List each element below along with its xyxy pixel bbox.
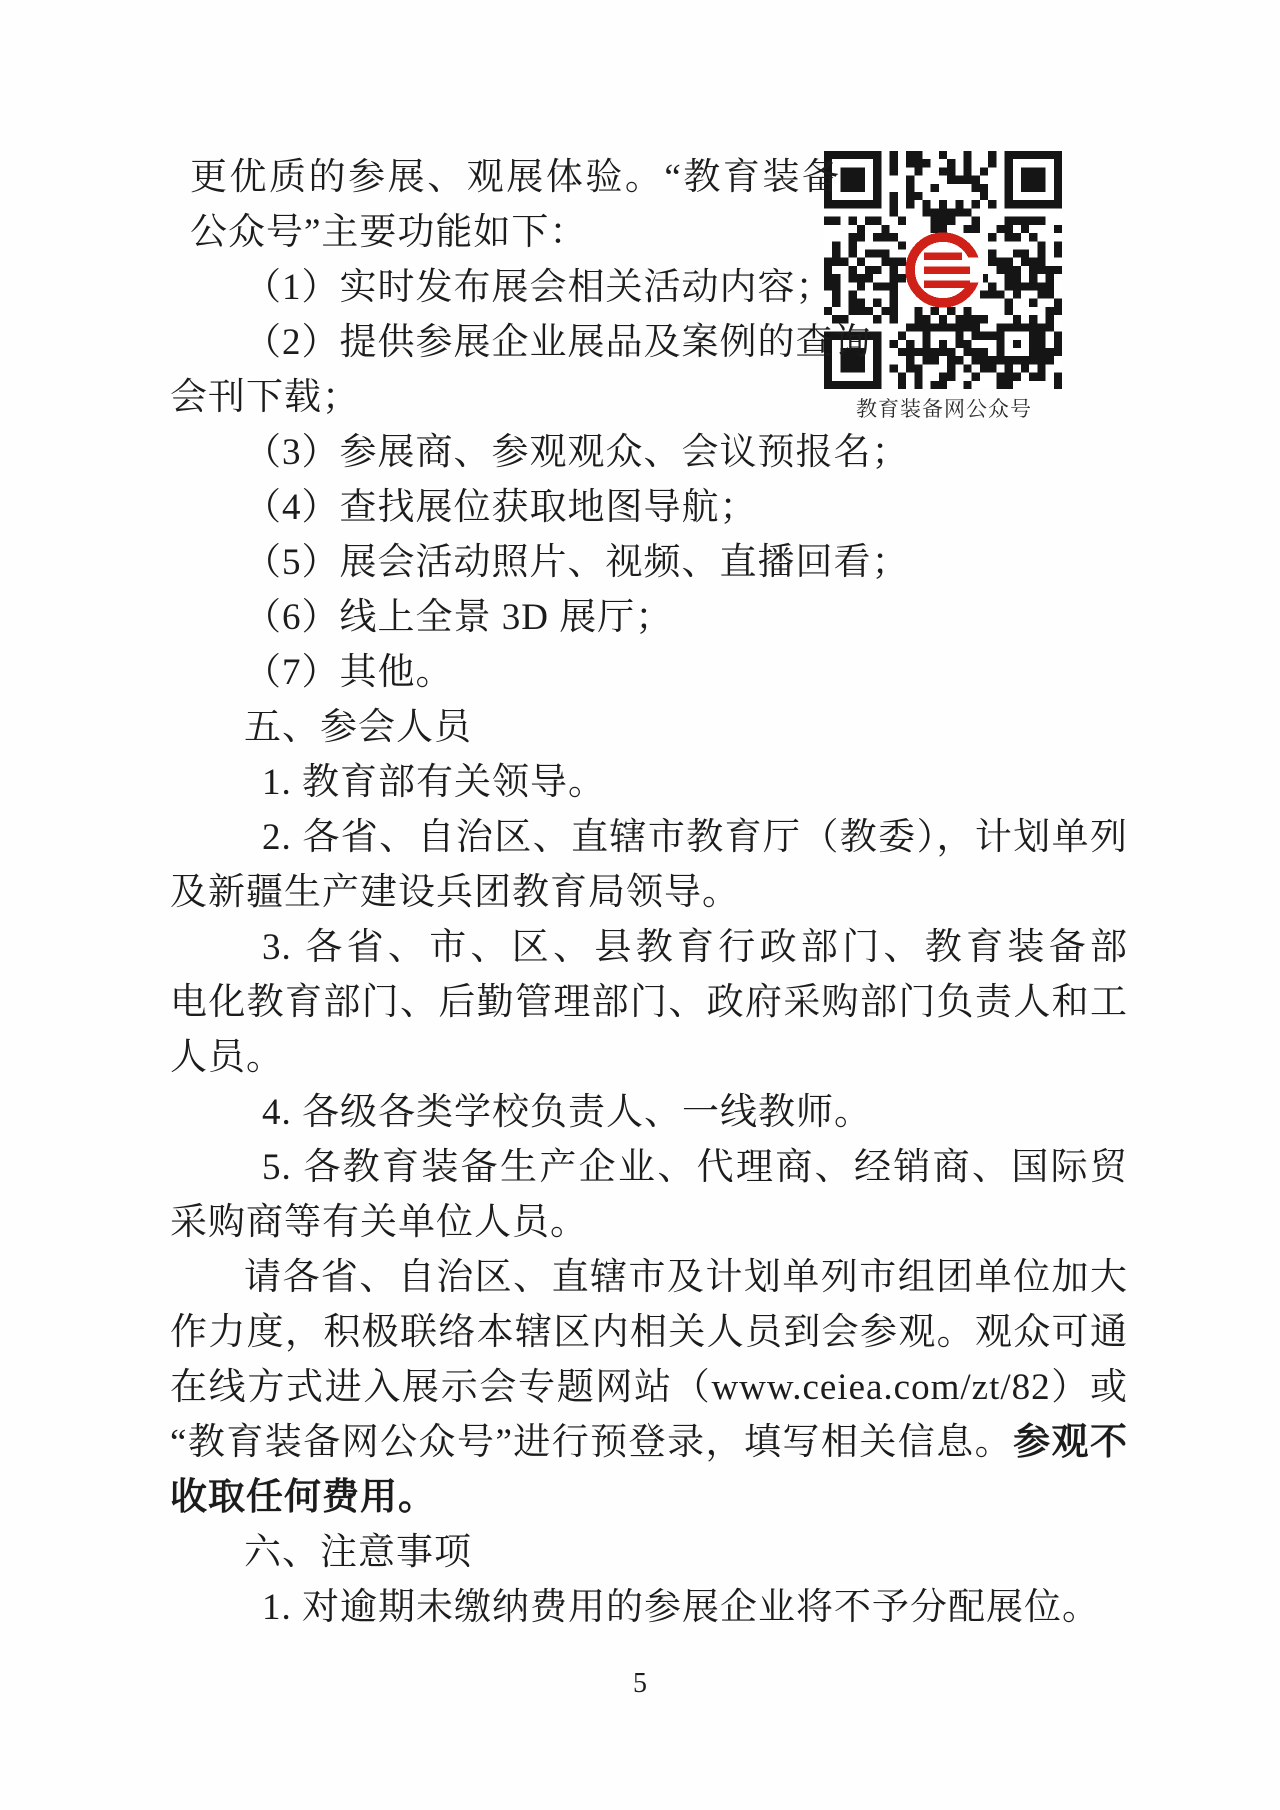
document-page: 教育装备网公众号 更优质的参展、观展体验。“教育装备网 公众号”主要功能如下： … xyxy=(0,0,1280,1810)
text-line: 电化教育部门、后勤管理部门、政府采购部门负责人和工作 xyxy=(170,975,1128,1030)
text-line: （2）提供参展企业展品及案例的查询 xyxy=(244,315,1128,370)
text-line: （7）其他。 xyxy=(244,645,1128,700)
text-line: 公众号”主要功能如下： xyxy=(190,205,1128,260)
text-line: （3）参展商、参观观众、会议预报名； xyxy=(244,425,1128,480)
text-line: 在线方式进入展示会专题网站（www.ceiea.com/zt/82）或在 xyxy=(170,1360,1128,1415)
text-line: 4. 各级各类学校负责人、一线教师。 xyxy=(262,1085,1128,1140)
document-body: 更优质的参展、观展体验。“教育装备网 公众号”主要功能如下： （1）实时发布展会… xyxy=(170,150,1128,1635)
bold-text-segment: 参观不 xyxy=(1013,1422,1128,1463)
bold-text-line: 收取任何费用。 xyxy=(170,1470,1128,1525)
text-line: （4）查找展位获取地图导航； xyxy=(244,480,1128,535)
text-line: 5. 各教育装备生产企业、代理商、经销商、国际贸易 xyxy=(262,1140,1128,1195)
text-line: 2. 各省、自治区、直辖市教育厅（教委），计划单列市 xyxy=(262,810,1128,865)
text-line: 作力度，积极联络本辖区内相关人员到会参观。观众可通过 xyxy=(170,1305,1128,1360)
text-line: 请各省、自治区、直辖市及计划单列市组团单位加大工 xyxy=(244,1250,1128,1305)
text-line: 及新疆生产建设兵团教育局领导。 xyxy=(170,865,1128,920)
text-line: 人员。 xyxy=(170,1030,1128,1085)
text-line: 3. 各省、市、区、县教育行政部门、教育装备部门、 xyxy=(262,920,1128,975)
text-line: 会刊下载； xyxy=(170,370,1128,425)
text-line: 更优质的参展、观展体验。“教育装备网 xyxy=(190,150,840,205)
section-heading: 五、参会人员 xyxy=(244,700,1128,755)
text-line: （1）实时发布展会相关活动内容； xyxy=(244,260,1128,315)
text-segment: “教育装备网公众号”进行预登录，填写相关信息。 xyxy=(170,1422,1013,1463)
text-line: （6）线上全景 3D 展厅； xyxy=(244,590,1128,645)
text-line: 采购商等有关单位人员。 xyxy=(170,1195,1128,1250)
section-heading: 六、注意事项 xyxy=(244,1525,1128,1580)
text-line: 1. 对逾期未缴纳费用的参展企业将不予分配展位。 xyxy=(262,1580,1128,1635)
text-line: （5）展会活动照片、视频、直播回看； xyxy=(244,535,1128,590)
text-line: 1. 教育部有关领导。 xyxy=(262,755,1128,810)
text-line: “教育装备网公众号”进行预登录，填写相关信息。参观不 xyxy=(170,1415,1128,1470)
page-number: 5 xyxy=(0,1668,1280,1700)
